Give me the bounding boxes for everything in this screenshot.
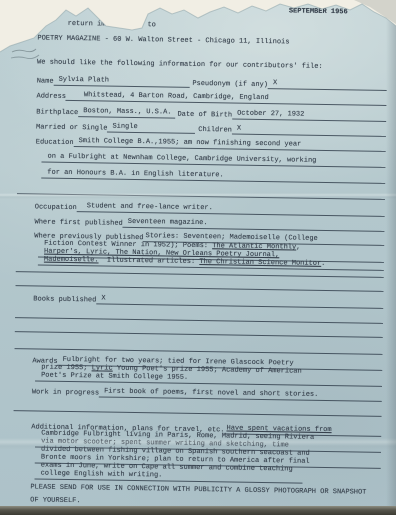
education-value-line2: on a Fulbright at Newnham College, Cambr… <box>41 153 385 168</box>
blank-rule <box>15 331 383 338</box>
dob-label: Date of Birth <box>175 111 232 120</box>
occupation-label: Occupation <box>35 203 77 212</box>
publisher-address: POETRY MAGAZINE - 60 W. Walton Street - … <box>37 34 289 46</box>
children-label: Children <box>195 126 232 135</box>
name-label: Name <box>37 77 54 85</box>
field-occupation: Occupation Student and free-lance writer… <box>35 201 385 216</box>
field-work-in-progress: Work in progress First book of poems, fi… <box>32 386 382 401</box>
address-value: Whitstead, 4 Barton Road, Cambridge, Eng… <box>66 91 387 106</box>
birthplace-value: Boston, Mass., U.S.A. <box>78 107 175 119</box>
marital-label: Married or Single <box>36 123 108 132</box>
title-mademoiselle: Mademoiselle. <box>44 256 99 265</box>
title-christian-science-monitor: The Christian Science Monitor <box>199 258 321 268</box>
books-published-value: X <box>96 294 383 309</box>
name-value: Sylvia Plath <box>53 76 189 88</box>
education-value-line1: Smith College B.A.,1955; am now finishin… <box>74 137 386 152</box>
blank-rule <box>16 271 384 278</box>
issue-date: SEPTEMBER 1956 <box>289 7 348 16</box>
first-published-label: Where first published <box>34 218 122 227</box>
birthplace-label: Birthplace <box>36 108 78 117</box>
blank-rule <box>17 193 385 200</box>
dob-value: October 27, 1932 <box>232 110 386 122</box>
publicity-request-line1: PLEASE SEND FOR USE IN CONNECTION WITH P… <box>30 483 366 496</box>
form-content: SEPTEMBER 1956 return immediately to POE… <box>0 0 396 515</box>
scanned-document: SEPTEMBER 1956 return immediately to POE… <box>0 0 396 515</box>
blank-rule <box>16 285 384 292</box>
education-value-line3: for an Honours B.A. in English literatur… <box>41 169 385 184</box>
marital-value: Single <box>107 123 195 134</box>
work-in-progress-label: Work in progress <box>32 388 99 397</box>
blank-rule <box>15 348 383 355</box>
address-label: Address <box>36 92 66 100</box>
first-published-value: Seventeen magazine. <box>123 218 385 232</box>
field-books-published: Books published X <box>33 293 383 308</box>
blank-rule <box>14 410 382 417</box>
field-marital-children: Married or Single Single Children X <box>36 121 386 136</box>
work-in-progress-value: First book of poems, first novel and sho… <box>99 387 382 401</box>
pseudonym-label: Pseudonym (if any) <box>189 80 268 89</box>
field-name-pseudonym: Name Sylvia Plath Pseudonym (if any) X <box>37 75 387 90</box>
education-label: Education <box>36 138 74 147</box>
field-birthplace-dob: Birthplace Boston, Mass., U.S.A. Date of… <box>36 106 386 121</box>
scan-bottom-shadow <box>0 506 396 515</box>
books-published-label: Books published <box>33 295 96 304</box>
pseudonym-value: X <box>268 79 387 91</box>
field-address: Address Whitstead, 4 Barton Road, Cambri… <box>36 90 386 105</box>
intro-line: We should like the following information… <box>37 58 323 70</box>
return-note: return immediately to <box>68 20 156 29</box>
publicity-request-line2: OF YOURSELF. <box>30 496 81 505</box>
blank-rule <box>15 317 383 324</box>
occupation-value: Student and free-lance writer. <box>77 202 385 217</box>
children-value: X <box>232 125 386 137</box>
field-first-published: Where first published Seventeen magazine… <box>34 216 384 231</box>
field-education: Education Smith College B.A.,1955; am no… <box>36 136 386 151</box>
